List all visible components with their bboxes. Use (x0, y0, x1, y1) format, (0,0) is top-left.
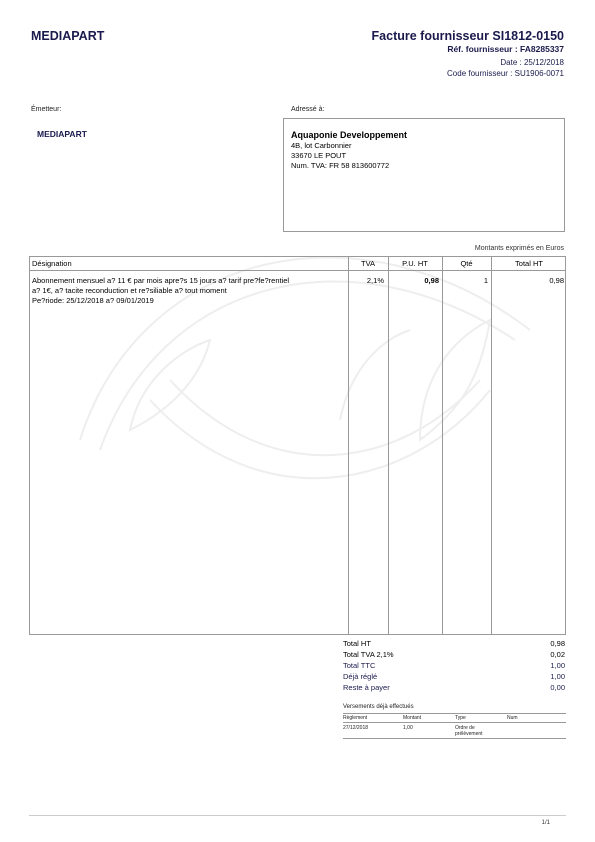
total-ttc-row: Total TTC 1,00 (343, 660, 565, 671)
payments-col-type: Type (455, 715, 507, 721)
payment-date: 27/12/2018 (343, 725, 403, 737)
table-row-unit-price: 0,98 (388, 276, 439, 285)
issuer-label: Émetteur: (31, 106, 61, 113)
column-header-total-ht: Total HT (491, 259, 567, 268)
total-label: Total TTC (343, 660, 375, 671)
table-row-qty: 1 (442, 276, 488, 285)
issuer-name: MEDIAPART (37, 129, 87, 139)
remaining-row: Reste à payer 0,00 (343, 682, 565, 693)
total-label: Total TVA 2,1% (343, 649, 394, 660)
payment-type-line: prélèvement (455, 731, 507, 737)
total-label: Reste à payer (343, 682, 390, 693)
column-header-designation: Désignation (32, 259, 72, 268)
supplier-reference: Réf. fournisseur : FA8285337 (447, 44, 564, 54)
total-value: 1,00 (550, 660, 565, 671)
payments-col-date: Règlement (343, 715, 403, 721)
column-divider (442, 257, 443, 634)
total-ht-row: Total HT 0,98 (343, 638, 565, 649)
recipient-address-line2: 33670 LE POUT (291, 151, 557, 161)
payment-num (507, 725, 566, 737)
totals-block: Total HT 0,98 Total TVA 2,1% 0,02 Total … (343, 638, 565, 693)
payments-block: Versements déjà effectués Règlement Mont… (343, 704, 566, 739)
total-value: 1,00 (550, 671, 565, 682)
payment-row: 27/12/2018 1,00 Ordre de prélèvement (343, 723, 566, 739)
column-header-vat: TVA (348, 259, 388, 268)
total-value: 0,00 (550, 682, 565, 693)
payments-col-num: Num (507, 715, 566, 721)
payments-title: Versements déjà effectués (343, 704, 566, 710)
column-header-unit-price: P.U. HT (388, 259, 442, 268)
currency-note: Montants exprimés en Euros (475, 245, 564, 252)
recipient-name: Aquaponie Developpement (291, 129, 557, 141)
payment-type: Ordre de prélèvement (455, 725, 507, 737)
total-label: Total HT (343, 638, 371, 649)
recipient-vat: Num. TVA: FR 58 813600772 (291, 161, 557, 171)
payments-header: Règlement Montant Type Num (343, 713, 566, 723)
table-row-description: Abonnement mensuel a? 11 € par mois apre… (32, 276, 350, 306)
column-header-qty: Qté (442, 259, 491, 268)
already-paid-row: Déjà réglé 1,00 (343, 671, 565, 682)
invoice-lines-table: Désignation TVA P.U. HT Qté Total HT Abo… (29, 256, 566, 635)
table-row-vat: 2,1% (348, 276, 384, 285)
payment-amount: 1,00 (403, 725, 455, 737)
column-divider (491, 257, 492, 634)
recipient-address-line1: 4B, lot Carbonnier (291, 141, 557, 151)
total-value: 0,02 (550, 649, 565, 660)
total-label: Déjà réglé (343, 671, 377, 682)
footer-divider (29, 815, 566, 816)
page-number: 1/1 (542, 820, 550, 826)
column-divider (348, 257, 349, 634)
invoice-date: Date : 25/12/2018 (500, 58, 564, 67)
supplier-code: Code fournisseur : SU1906-0071 (447, 69, 564, 78)
total-value: 0,98 (550, 638, 565, 649)
total-vat-row: Total TVA 2,1% 0,02 (343, 649, 565, 660)
table-row-total-ht: 0,98 (491, 276, 564, 285)
payments-col-amount: Montant (403, 715, 455, 721)
company-name: MEDIAPART (31, 29, 104, 43)
invoice-title: Facture fournisseur SI1812-0150 (372, 29, 564, 43)
description-line: Pe?riode: 25/12/2018 a? 09/01/2019 (32, 296, 350, 306)
recipient-box: Aquaponie Developpement 4B, lot Carbonni… (283, 118, 565, 232)
column-divider (388, 257, 389, 634)
header-separator (30, 270, 565, 271)
description-line: a? 1€, a? tacite reconduction et re?sili… (32, 286, 350, 296)
recipient-label: Adressé à: (291, 106, 324, 113)
description-line: Abonnement mensuel a? 11 € par mois apre… (32, 276, 350, 286)
